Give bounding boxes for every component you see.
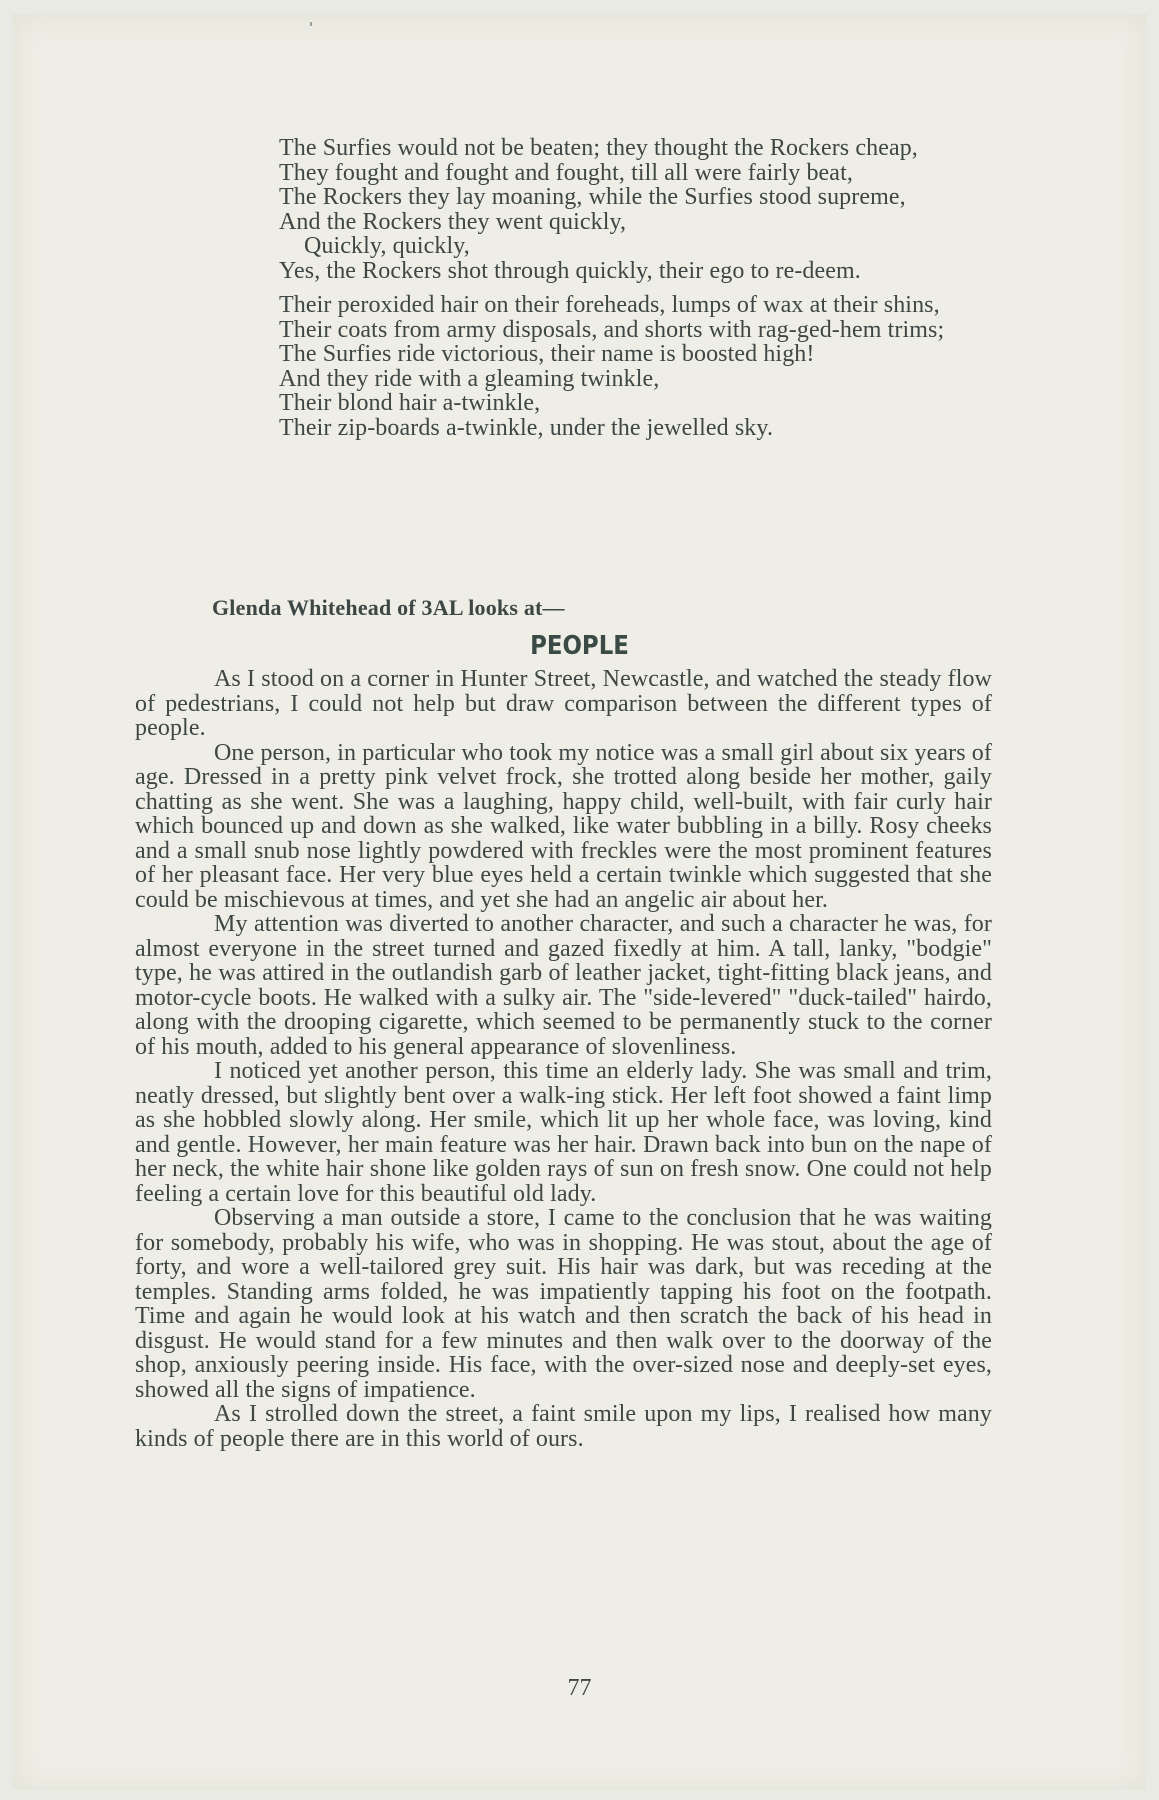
poem-line: Quickly, quickly, (279, 234, 991, 259)
article-title: PEOPLE (70, 631, 1090, 661)
poem-line: Their blond hair a-twinkle, (279, 391, 991, 416)
poem-line: Their peroxided hair on their foreheads,… (279, 293, 991, 318)
article-body: As I stood on a corner in Hunter Street,… (135, 667, 992, 1451)
poem-line: And they ride with a gleaming twinkle, (279, 367, 991, 392)
poem-line: Yes, the Rockers shot through quickly, t… (279, 259, 991, 284)
poem-line: And the Rockers they went quickly, (279, 210, 991, 235)
article-paragraph: Observing a man outside a store, I came … (135, 1206, 992, 1402)
poem-line: The Surfies would not be beaten; they th… (279, 136, 991, 161)
article-paragraph: As I strolled down the street, a faint s… (135, 1402, 992, 1451)
poem-line: The Rockers they lay moaning, while the … (279, 185, 991, 210)
article-paragraph: As I stood on a corner in Hunter Street,… (135, 667, 992, 741)
poem-stanza: Their peroxided hair on their foreheads,… (279, 293, 991, 440)
article-paragraph: One person, in particular who took my no… (135, 741, 992, 913)
poem-stanza: The Surfies would not be beaten; they th… (279, 136, 991, 283)
article-byline: Glenda Whitehead of 3AL looks at— (212, 595, 565, 621)
print-speck (310, 22, 312, 26)
poem: The Surfies would not be beaten; they th… (279, 136, 991, 450)
poem-line: They fought and fought and fought, till … (279, 161, 991, 186)
poem-line: Their coats from army disposals, and sho… (279, 318, 991, 343)
article-paragraph: I noticed yet another person, this time … (135, 1059, 992, 1206)
poem-line: Their zip-boards a-twinkle, under the je… (279, 416, 991, 441)
poem-line: The Surfies ride victorious, their name … (279, 342, 991, 367)
page-number: 77 (0, 1675, 1159, 1702)
article-paragraph: My attention was diverted to another cha… (135, 912, 992, 1059)
